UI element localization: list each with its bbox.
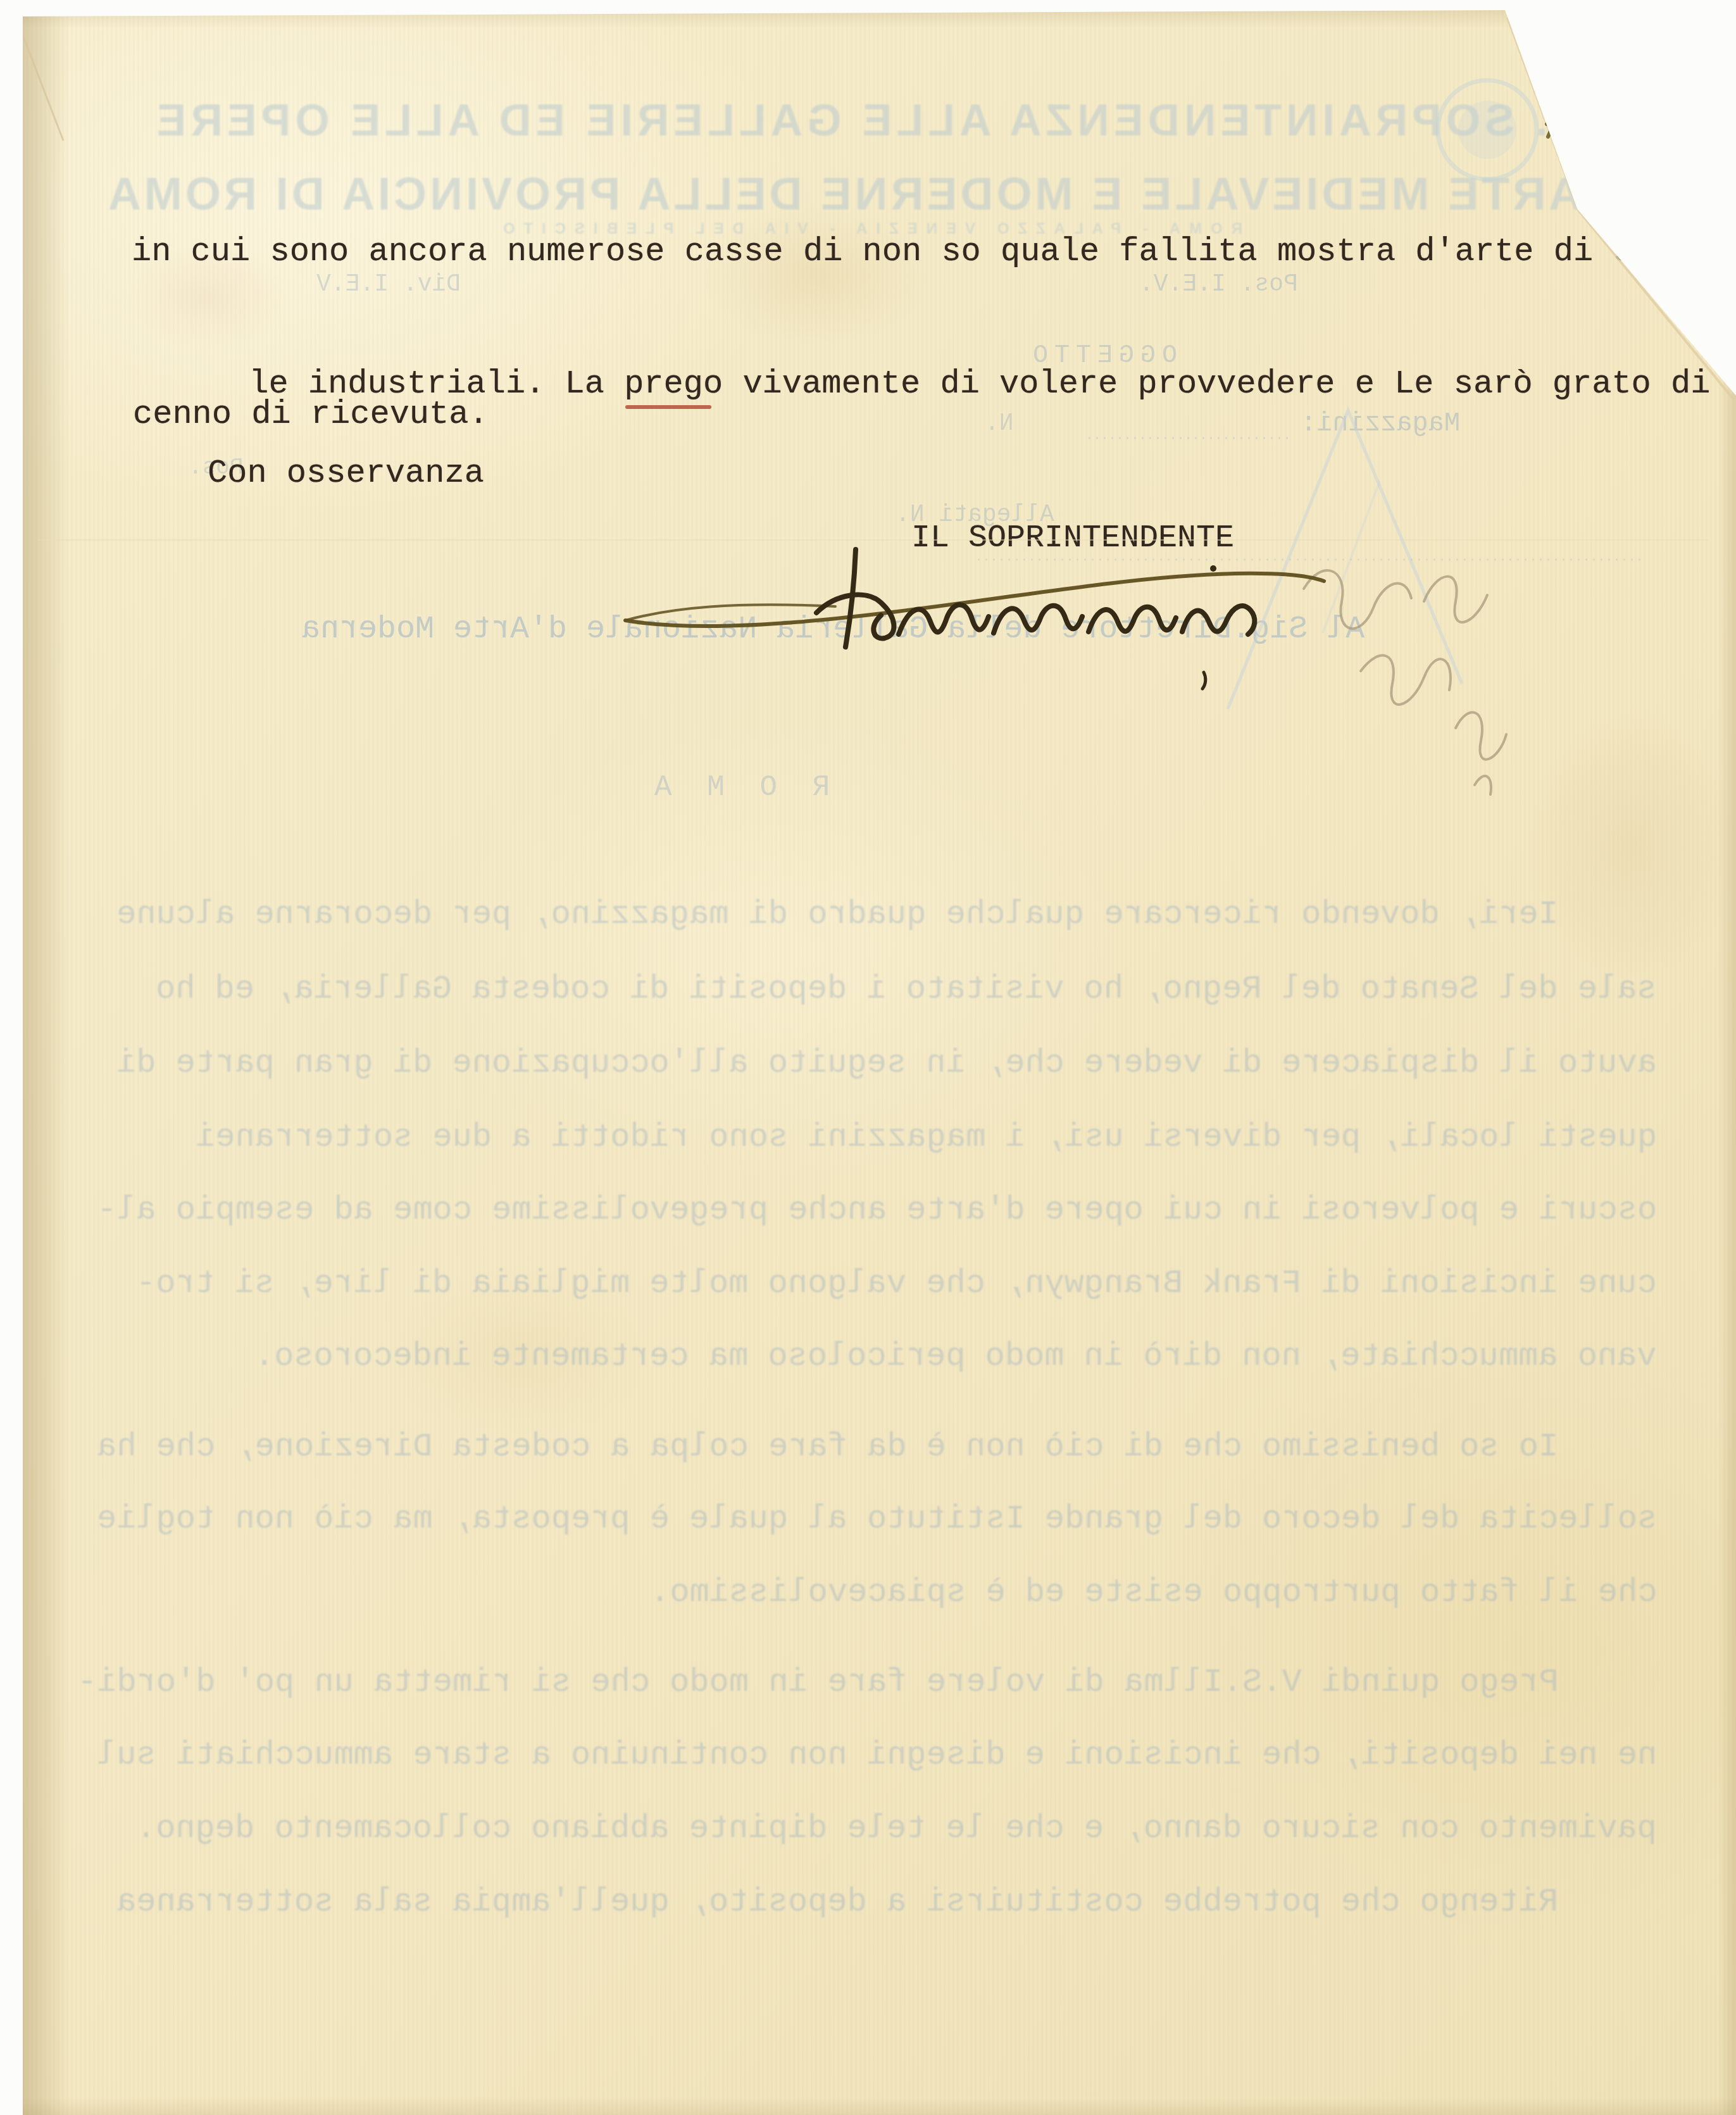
bleedthrough-letterhead-line1: R. SOPRAINTENDENZA ALLE GALLERIE ED ALLE… [152, 95, 1584, 146]
bleedthrough-body-line: ne nei depositi, che incisioni e disegni… [97, 1736, 1657, 1774]
paperclip-stain [1547, 119, 1568, 137]
scanned-letter-page: R. SOPRAINTENDENZA ALLE GALLERIE ED ALLE… [0, 0, 1736, 2115]
bleedthrough-label-div: Div. I.E.V [316, 271, 461, 298]
bleedthrough-address-line: Al Sig.Direttore della Galleria Nazional… [301, 612, 1364, 648]
bleedthrough-body-line: avuto il dispiacere di vedere che, in se… [116, 1045, 1657, 1082]
typewritten-line-3: cenno di ricevuta. [133, 396, 489, 433]
bleedthrough-city-roma: R O M A [646, 771, 830, 804]
bleedthrough-body-line: vano ammucchiate, non dirò in modo peric… [254, 1338, 1657, 1375]
bleedthrough-body-line: cune incisioni di Frank Brangwyn, che va… [136, 1265, 1657, 1302]
bleedthrough-body-line: oscuri e polverosi in cui opere d'arte a… [97, 1191, 1657, 1229]
paper-top-edge-shadow [23, 9, 1546, 28]
bleedthrough-body-line: questi locali, per diversi usi, i magazz… [196, 1119, 1657, 1156]
bleedthrough-body-line: Io so benissimo che di ciò non è da fare… [97, 1428, 1558, 1465]
paper-bottom-edge-shadow [23, 2097, 1736, 2115]
bleedthrough-body-line: Ieri, dovendo ricercare qualche quadro d… [116, 896, 1558, 933]
bleedthrough-body-line: pavimento con sicuro danno, e che le tel… [136, 1810, 1657, 1847]
typewritten-line-1: in cui sono ancora numerose casse di non… [132, 233, 1672, 270]
paper-right-edge-shadow [1718, 380, 1736, 2115]
paper-left-edge-shadow [23, 0, 70, 2115]
closing-line: Con osservanza [208, 455, 484, 492]
bleedthrough-body-line: Prego quindi V.S.Illma di volere fare in… [77, 1664, 1558, 1701]
paper-sheet: R. SOPRAINTENDENZA ALLE GALLERIE ED ALLE… [0, 0, 1736, 2115]
bleedthrough-body-line: sollecita del decoro del grande Istituto… [97, 1500, 1657, 1538]
bleedthrough-body-line: sale del Senato del Regno, ho visitato i… [156, 970, 1657, 1008]
bleedthrough-label-pos: Pos. I.E.V. [1139, 271, 1298, 298]
superintendent-title: IL SOPRINTENDENTE [911, 520, 1234, 556]
bleedthrough-body-line: che il fatto purtroppo esiste ed è spiac… [650, 1574, 1657, 1611]
bleedthrough-body-line: Ritengo che potrebbe costituirsi a depos… [116, 1883, 1558, 1921]
typewritten-line-2-post: vivamente di volere provvedere e Le sarò… [723, 365, 1736, 403]
typewritten-word-prego: prego [624, 365, 723, 403]
bleedthrough-letterhead-line2: D'ARTE MEDIEVALE E MODERNE DELLA PROVINC… [104, 168, 1632, 220]
